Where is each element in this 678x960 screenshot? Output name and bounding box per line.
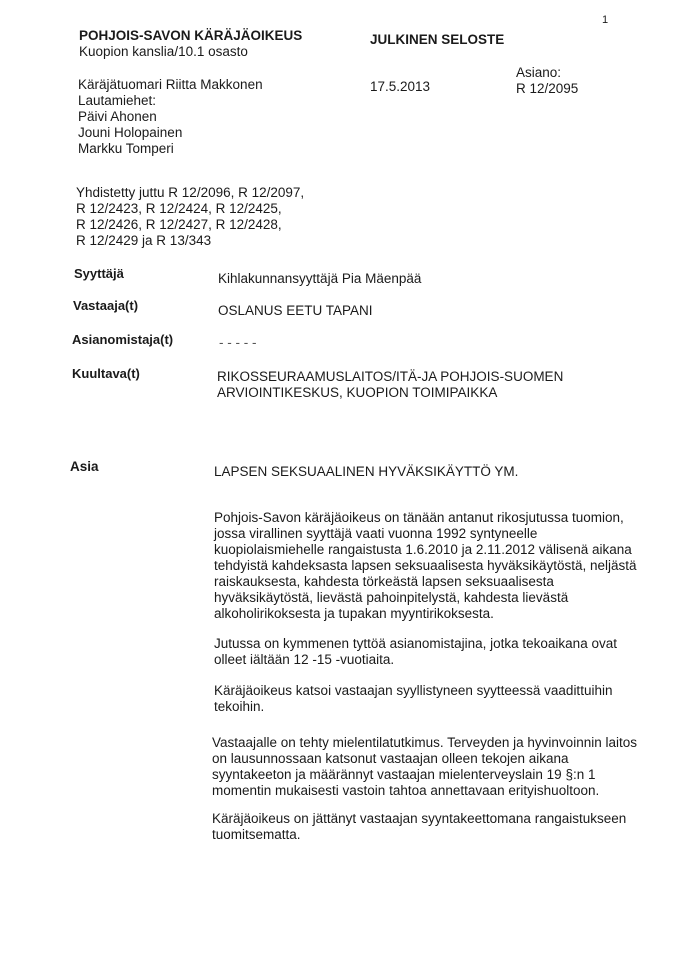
- joined-cases-line: R 12/2429 ja R 13/343: [76, 233, 304, 249]
- body-paragraph: Käräjäoikeus katsoi vastaajan syyllistyn…: [214, 683, 612, 715]
- matter-label: Asia: [70, 459, 99, 474]
- lay-judge: Jouni Holopainen: [78, 125, 263, 141]
- page-number: 1: [602, 14, 608, 26]
- paragraph-line: Vastaajalle on tehty mielentilatutkimus.…: [212, 735, 637, 751]
- paragraph-line: jossa virallinen syyttäjä vaati vuonna 1…: [214, 526, 637, 542]
- body-paragraph: Pohjois-Savon käräjäoikeus on tänään ant…: [214, 510, 637, 622]
- case-number: R 12/2095: [516, 81, 578, 96]
- body-paragraph: Vastaajalle on tehty mielentilatutkimus.…: [212, 735, 637, 799]
- joined-cases-line: Yhdistetty juttu R 12/2096, R 12/2097,: [76, 185, 304, 201]
- prosecutor-value: Kihlakunnansyyttäjä Pia Mäenpää: [218, 271, 421, 286]
- paragraph-line: raiskauksesta, kahdesta törkeästä lapsen…: [214, 574, 637, 590]
- paragraph-line: Käräjäoikeus katsoi vastaajan syyllistyn…: [214, 683, 612, 699]
- paragraph-line: kuopiolaismiehelle rangaistusta 1.6.2010…: [214, 542, 637, 558]
- paragraph-line: Jutussa on kymmenen tyttöä asianomistaji…: [214, 636, 617, 652]
- document-date: 17.5.2013: [370, 79, 430, 94]
- lay-judge: Päivi Ahonen: [78, 109, 263, 125]
- hearing-party-line: ARVIOINTIKESKUS, KUOPION TOIMIPAIKKA: [217, 385, 563, 401]
- body-paragraph: Käräjäoikeus on jättänyt vastaajan syynt…: [212, 811, 626, 843]
- hearing-party-value: RIKOSSEURAAMUSLAITOS/ITÄ-JA POHJOIS-SUOM…: [217, 369, 563, 401]
- defendant-label: Vastaaja(t): [73, 298, 138, 313]
- joined-cases: Yhdistetty juttu R 12/2096, R 12/2097, R…: [76, 185, 304, 249]
- body-paragraph: Jutussa on kymmenen tyttöä asianomistaji…: [214, 636, 617, 668]
- hearing-party-label: Kuultava(t): [72, 366, 140, 381]
- document-type: JULKINEN SELOSTE: [370, 32, 504, 47]
- judge: Käräjätuomari Riitta Makkonen: [78, 77, 263, 93]
- lay-judge: Markku Tomperi: [78, 141, 263, 157]
- paragraph-line: olleet iältään 12 -15 -vuotiaita.: [214, 652, 617, 668]
- paragraph-line: Pohjois-Savon käräjäoikeus on tänään ant…: [214, 510, 637, 526]
- paragraph-line: hyväksikäytöstä, lievästä pahoinpitelyst…: [214, 590, 637, 606]
- matter-value: LAPSEN SEKSUAALINEN HYVÄKSIKÄYTTÖ YM.: [214, 464, 518, 479]
- joined-cases-line: R 12/2423, R 12/2424, R 12/2425,: [76, 201, 304, 217]
- paragraph-line: tuomitsematta.: [212, 827, 626, 843]
- paragraph-line: syyntakeeton ja määrännyt vastaajan miel…: [212, 767, 637, 783]
- complainant-label: Asianomistaja(t): [72, 332, 173, 347]
- case-label: Asiano:: [516, 65, 561, 80]
- paragraph-line: Käräjäoikeus on jättänyt vastaajan syynt…: [212, 811, 626, 827]
- joined-cases-line: R 12/2426, R 12/2427, R 12/2428,: [76, 217, 304, 233]
- court-office: Kuopion kanslia/10.1 osasto: [79, 44, 248, 59]
- hearing-party-line: RIKOSSEURAAMUSLAITOS/ITÄ-JA POHJOIS-SUOM…: [217, 369, 563, 385]
- paragraph-line: tekoihin.: [214, 699, 612, 715]
- court-panel: Käräjätuomari Riitta Makkonen Lautamiehe…: [78, 77, 263, 157]
- paragraph-line: tehdyistä kahdeksasta lapsen seksuaalise…: [214, 558, 637, 574]
- paragraph-line: on lausunnossaan katsonut vastaajan olle…: [212, 751, 637, 767]
- prosecutor-label: Syyttäjä: [74, 266, 124, 281]
- court-name: POHJOIS-SAVON KÄRÄJÄOIKEUS: [79, 28, 302, 43]
- lay-judges-label: Lautamiehet:: [78, 93, 263, 109]
- paragraph-line: momentin mukaisesti vastoin tahtoa annet…: [212, 783, 637, 799]
- paragraph-line: alkoholirikoksesta ja tupakan myyntiriko…: [214, 606, 637, 622]
- complainant-value: - - - - -: [219, 335, 256, 350]
- defendant-value: OSLANUS EETU TAPANI: [218, 303, 373, 318]
